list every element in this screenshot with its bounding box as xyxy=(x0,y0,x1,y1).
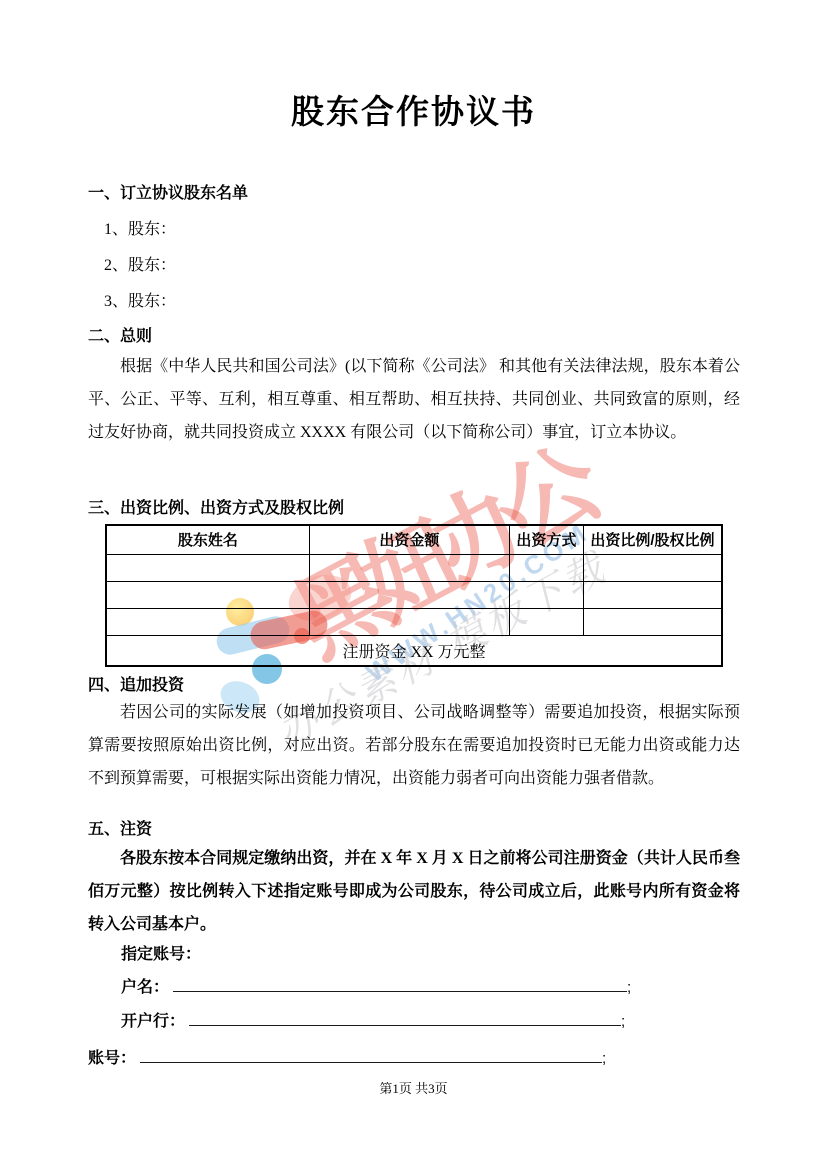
table-cell xyxy=(509,554,583,581)
table-cell xyxy=(509,608,583,635)
section2-heading: 二、总则 xyxy=(88,323,152,346)
table-cell xyxy=(106,554,309,581)
document-title: 股东合作协议书 xyxy=(0,86,827,133)
table-header-shareholder-name: 股东姓名 xyxy=(106,525,309,554)
table-header-row: 股东姓名 出资金额 出资方式 出资比例/股权比例 xyxy=(106,525,722,554)
table-cell xyxy=(309,608,509,635)
account-name-row: 户名：; xyxy=(121,974,631,997)
section2-paragraph: 根据《中华人民共和国公司法》(以下简称《公司法》 和其他有关法律法规，股东本着公… xyxy=(88,350,740,449)
table-row xyxy=(106,581,722,608)
section4-heading: 四、追加投资 xyxy=(88,672,184,695)
bank-branch-label: 开户行： xyxy=(121,1013,185,1030)
designated-account-label: 指定账号： xyxy=(121,941,201,964)
table-row xyxy=(106,608,722,635)
account-number-row: 账号：; xyxy=(88,1045,606,1068)
table-cell xyxy=(583,554,722,581)
table-header-amount: 出资金额 xyxy=(309,525,509,554)
table-cell xyxy=(509,581,583,608)
bank-branch-blank-line xyxy=(189,1008,621,1026)
shareholder-item-1: 1、股东： xyxy=(104,216,176,239)
table-cell xyxy=(309,554,509,581)
registered-capital-cell: 注册资金 XX 万元整 xyxy=(106,635,722,666)
table-cell xyxy=(583,581,722,608)
shareholder-item-3: 3、股东： xyxy=(104,288,176,311)
bank-branch-row: 开户行：; xyxy=(121,1008,625,1031)
shareholder-item-2: 2、股东： xyxy=(104,252,176,275)
table-cell xyxy=(106,581,309,608)
table-header-method: 出资方式 xyxy=(509,525,583,554)
account-number-blank-line xyxy=(140,1045,602,1063)
table-cell xyxy=(309,581,509,608)
section4-paragraph: 若因公司的实际发展（如增加投资项目、公司战略调整等）需要追加投资，根据实际预算需… xyxy=(88,696,740,795)
table-cell xyxy=(583,608,722,635)
line-suffix: ; xyxy=(621,1013,625,1030)
capital-contribution-table: 股东姓名 出资金额 出资方式 出资比例/股权比例 xyxy=(105,524,723,667)
line-suffix: ; xyxy=(602,1050,606,1067)
account-number-label: 账号： xyxy=(88,1050,136,1067)
table-row xyxy=(106,554,722,581)
section5-paragraph: 各股东按本合同规定缴纳出资，并在 X 年 X 月 X 日之前将公司注册资金（共计… xyxy=(88,842,740,941)
section3-heading: 三、出资比例、出资方式及股权比例 xyxy=(88,495,344,518)
table-header-ratio: 出资比例/股权比例 xyxy=(583,525,722,554)
account-name-label: 户名： xyxy=(121,979,169,996)
account-name-blank-line xyxy=(173,974,627,992)
table-footer-row: 注册资金 XX 万元整 xyxy=(106,635,722,666)
line-suffix: ; xyxy=(627,979,631,996)
document-page: 黑妞办公 WWW.HN20.COM 办公素材 模板下载 股东合作协议书 一、订立… xyxy=(0,0,827,1169)
table-cell xyxy=(106,608,309,635)
section5-heading: 五、注资 xyxy=(88,816,152,839)
section1-heading: 一、订立协议股东名单 xyxy=(88,180,248,203)
document-content: 股东合作协议书 一、订立协议股东名单 1、股东： 2、股东： 3、股东： 二、总… xyxy=(0,0,827,1169)
page-number: 第1页 共3页 xyxy=(0,1078,827,1097)
